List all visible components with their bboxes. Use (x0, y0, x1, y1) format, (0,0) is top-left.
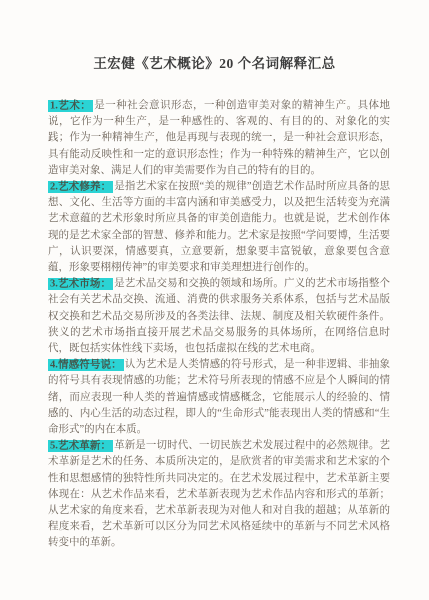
definition-paragraph: 4.情感符号说：认为艺术是人类情感的符号形式，是一种非逻辑、非抽象的符号具有表现… (48, 357, 390, 438)
definition-paragraph: 2.艺术修养：是指艺术家在按照“美的规律”创造艺术作品时所应具备的思想、文化、生… (48, 179, 390, 276)
term-highlight: 2.艺术修养： (48, 181, 113, 193)
document-title: 王宏健《艺术概论》20 个名词解释汇总 (39, 52, 390, 72)
definition-text: 革新是一切时代、一切民族艺术发展过程中的必然规律。艺术革新是艺术的任务、本质所决… (48, 440, 390, 548)
term-highlight: 1.艺术： (48, 100, 93, 112)
definition-text: 是一种社会意识形态，一种创造审美对象的精神生产。具体地说，它作为一种生产，是一种… (48, 100, 390, 176)
definition-paragraph: 1.艺术：是一种社会意识形态，一种创造审美对象的精神生产。具体地说，它作为一种生… (48, 98, 390, 179)
document-page: 王宏健《艺术概论》20 个名词解释汇总 1.艺术：是一种社会意识形态，一种创造审… (0, 0, 429, 600)
definitions-list: 1.艺术：是一种社会意识形态，一种创造审美对象的精神生产。具体地说，它作为一种生… (48, 98, 390, 552)
definition-text: 是指艺术家在按照“美的规律”创造艺术作品时所应具备的思想、文化、生活等方面的丰富… (48, 181, 390, 273)
term-highlight: 4.情感符号说： (48, 359, 124, 371)
term-highlight: 5.艺术革新： (48, 440, 113, 452)
term-highlight: 3.艺术市场： (48, 278, 113, 290)
definition-paragraph: 3.艺术市场：是艺术品交易和交换的领域和场所。广义的艺术市场指整个社会有关艺术品… (48, 276, 390, 357)
definition-paragraph: 5.艺术革新：革新是一切时代、一切民族艺术发展过程中的必然规律。艺术革新是艺术的… (48, 438, 390, 551)
